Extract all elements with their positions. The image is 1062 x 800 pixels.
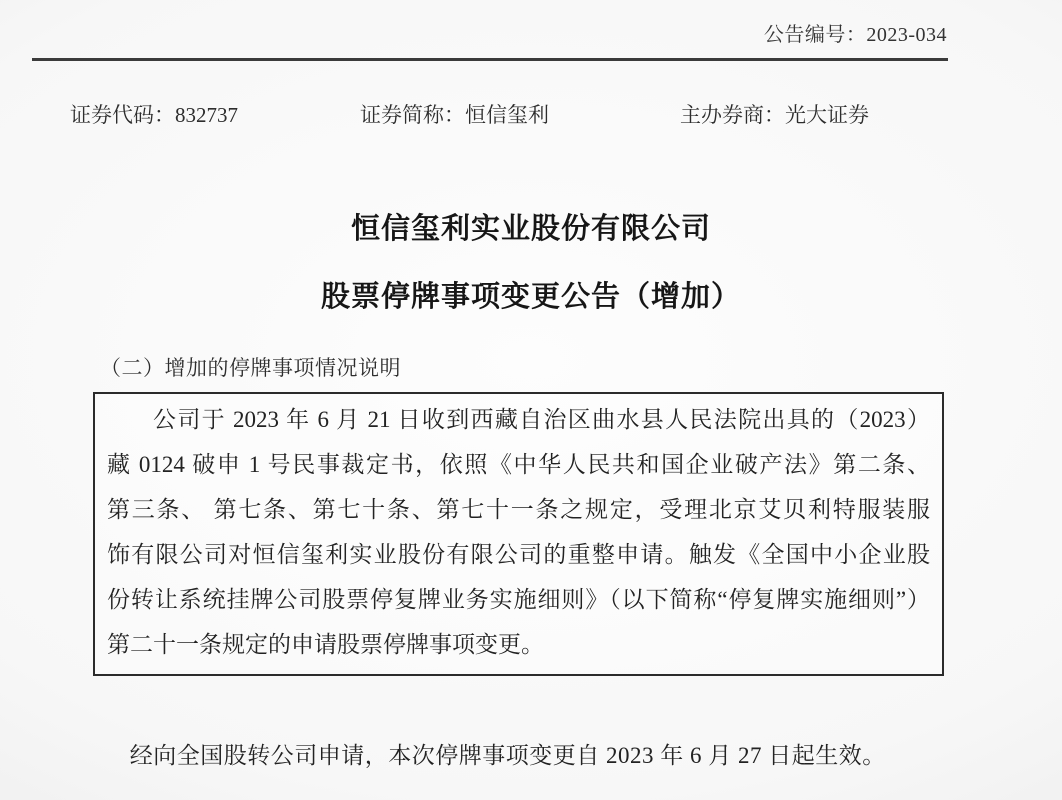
notice-box-line: 份转让系统挂牌公司股票停复牌业务实施细则》（以下简称“停复牌实施细则”） [107,577,930,622]
section-heading: （二）增加的停牌事项情况说明 [100,352,401,382]
notice-box-line: 第三条、 第七条、第七十条、第七十一条之规定，受理北京艾贝利特服装服 [107,487,930,532]
announcement-title: 股票停牌事项变更公告（增加） [0,274,1062,315]
header-divider [32,58,948,61]
notice-box: 公司于 2023 年 6 月 21 日收到西藏自治区曲水县人民法院出具的（202… [93,392,944,676]
notice-box-line: 藏 0124 破申 1 号民事裁定书，依照《中华人民共和国企业破产法》第二条、 [107,442,930,487]
notice-number: 公告编号：2023-034 [764,18,947,47]
notice-box-line: 饰有限公司对恒信玺利实业股份有限公司的重整申请。触发《全国中小企业股 [107,532,930,577]
notice-box-line: 第二十一条规定的申请股票停牌事项变更。 [107,622,930,667]
announcement-document: 公告编号：2023-034 证券代码：832737 证券简称：恒信玺利 主办券商… [0,0,1062,800]
sponsor-broker: 主办券商：光大证券 [680,99,869,129]
notice-box-line: 公司于 2023 年 6 月 21 日收到西藏自治区曲水县人民法院出具的（202… [107,397,930,442]
securities-abbreviation: 证券简称：恒信玺利 [360,99,549,129]
effective-statement: 经向全国股转公司申请，本次停牌事项变更自 2023 年 6 月 27 日起生效。 [93,736,949,776]
securities-code: 证券代码：832737 [70,99,238,129]
company-name-title: 恒信玺利实业股份有限公司 [0,206,1062,247]
